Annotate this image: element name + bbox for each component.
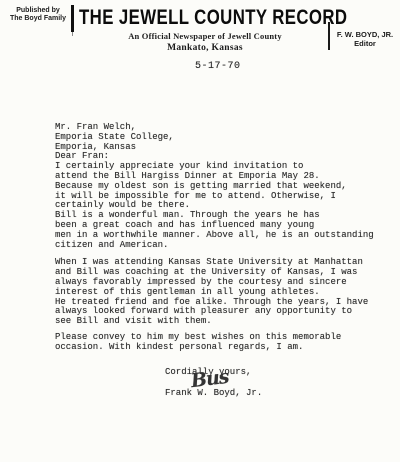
letter-body: Mr. Fran Welch, Emporia State College, E… xyxy=(55,123,397,399)
letter-paragraph: Please convey to him my best wishes on t… xyxy=(55,333,397,353)
letter-paragraph: When I was attending Kansas State Univer… xyxy=(55,258,397,327)
handwritten-signature: Bus xyxy=(191,373,229,387)
letter-paragraph: I certainly appreciate your kind invitat… xyxy=(55,162,397,211)
masthead-subtitle: An Official Newspaper of Jewell County xyxy=(75,31,335,41)
closing-block: Cordially yours, Bus Frank W. Boyd, Jr. xyxy=(165,368,397,399)
scanned-letter-page: Published by The Boyd Family THE JEWELL … xyxy=(0,0,400,462)
masthead-left-rule-tail xyxy=(72,32,73,36)
masthead-right-rule xyxy=(328,22,330,50)
letter-paragraph: Bill is a wonderful man. Through the yea… xyxy=(55,211,397,250)
letter-date: 5-17-70 xyxy=(195,61,241,72)
editor-title: Editor xyxy=(332,40,398,49)
masthead-left-rule xyxy=(71,5,74,32)
recipient-address: Mr. Fran Welch, Emporia State College, E… xyxy=(55,123,397,152)
published-by-note: Published by The Boyd Family xyxy=(6,7,70,23)
masthead-location: Mankato, Kansas xyxy=(75,43,335,53)
newspaper-title: THE JEWELL COUNTY RECORD xyxy=(79,6,347,30)
editor-block: F. W. BOYD, JR. Editor xyxy=(332,31,398,48)
